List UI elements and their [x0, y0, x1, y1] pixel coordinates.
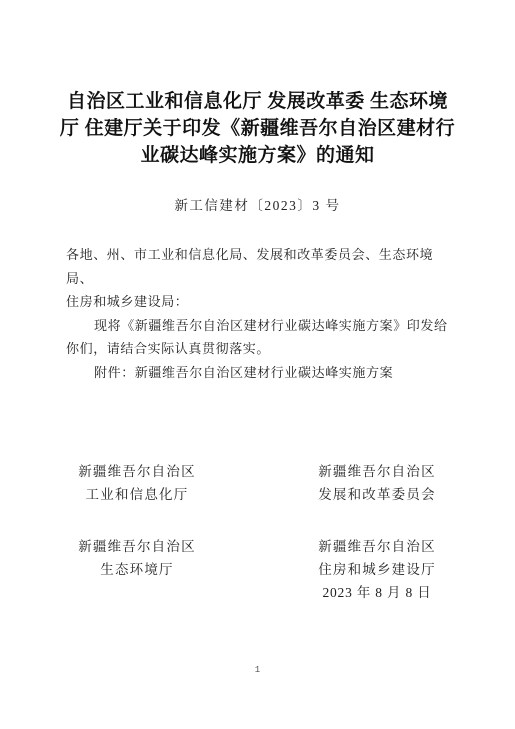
document-page: 自治区工业和信息化厅 发展改革委 生态环境 厅 住建厅关于印发《新疆维吾尔自治区…: [0, 0, 515, 729]
signature-org-line: 新疆维吾尔自治区: [37, 460, 237, 483]
signature-block-development-reform-commission: 新疆维吾尔自治区 发展和改革委员会: [277, 460, 477, 506]
title-line-1: 自治区工业和信息化厅 发展改革委 生态环境: [0, 88, 515, 115]
signature-org-line: 工业和信息化厅: [37, 483, 237, 506]
signature-org-line: 新疆维吾尔自治区: [277, 460, 477, 483]
title-line-2: 厅 住建厅关于印发《新疆维吾尔自治区建材行: [0, 115, 515, 142]
signature-block-housing-urban-rural-dept: 新疆维吾尔自治区 住房和城乡建设厅 2023 年 8 月 8 日: [277, 535, 477, 604]
signature-row-1: 新疆维吾尔自治区 工业和信息化厅 新疆维吾尔自治区 发展和改革委员会: [0, 460, 515, 506]
signature-org-line: 生态环境厅: [37, 558, 237, 581]
body-line-1: 现将《新疆维吾尔自治区建材行业碳达峰实施方案》印发给: [66, 314, 457, 338]
signature-org-line: 发展和改革委员会: [277, 483, 477, 506]
salutation-line-1: 各地、州、市工业和信息化局、发展和改革委员会、生态环境局、: [66, 243, 457, 290]
document-body: 各地、州、市工业和信息化局、发展和改革委员会、生态环境局、 住房和城乡建设局： …: [66, 243, 457, 361]
body-line-2: 你们，请结合实际认真贯彻落实。: [66, 337, 457, 361]
page-number: 1: [0, 665, 515, 675]
title-line-3: 业碳达峰实施方案》的通知: [0, 142, 515, 169]
signature-block-ecology-environment-dept: 新疆维吾尔自治区 生态环境厅: [37, 535, 237, 604]
signature-block-industry-it-dept: 新疆维吾尔自治区 工业和信息化厅: [37, 460, 237, 506]
document-number: 新工信建材〔2023〕3 号: [0, 194, 515, 214]
signature-org-line: 新疆维吾尔自治区: [37, 535, 237, 558]
signature-row-2: 新疆维吾尔自治区 生态环境厅 新疆维吾尔自治区 住房和城乡建设厅 2023 年 …: [0, 535, 515, 604]
attachment-line: 附件：新疆维吾尔自治区建材行业碳达峰实施方案: [66, 362, 457, 381]
document-title: 自治区工业和信息化厅 发展改革委 生态环境 厅 住建厅关于印发《新疆维吾尔自治区…: [0, 88, 515, 169]
signature-org-line: 新疆维吾尔自治区: [277, 535, 477, 558]
signature-date: 2023 年 8 月 8 日: [277, 581, 477, 604]
salutation-line-2: 住房和城乡建设局：: [66, 290, 457, 314]
signature-org-line: 住房和城乡建设厅: [277, 558, 477, 581]
